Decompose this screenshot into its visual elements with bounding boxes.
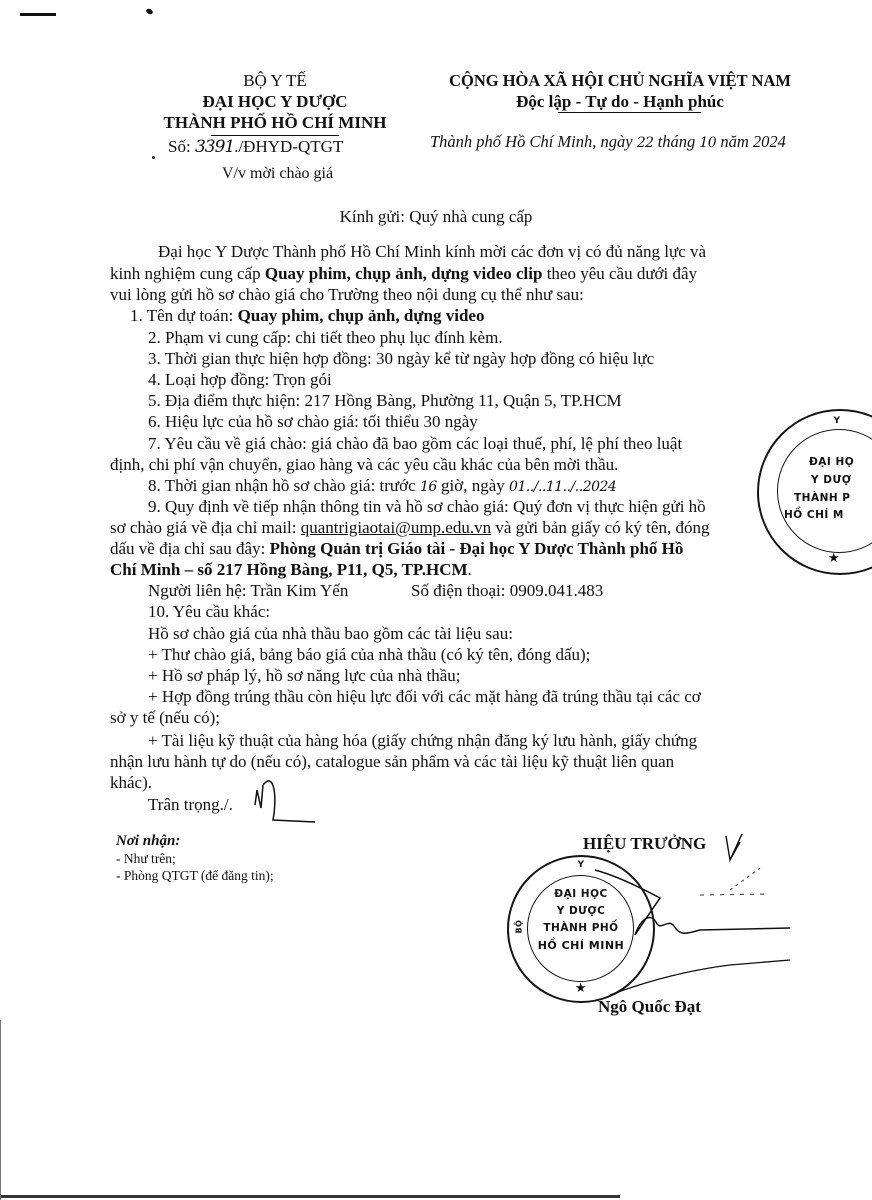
- subject-line: V/v mời chào giá: [222, 165, 333, 183]
- office-address: Phòng Quản trị Giáo tài - Đại học Y Dược…: [270, 539, 684, 558]
- handwritten-month: 10: [699, 135, 716, 151]
- item-7-line-1: 7. Yêu cầu về giá chào: giá chào đã bao …: [148, 434, 682, 454]
- country-name: CỘNG HÒA XÃ HỘI CHỦ NGHĨA VIỆT NAM: [420, 70, 820, 91]
- item-8: 8. Thời gian nhận hồ sơ chào giá: trước …: [148, 476, 616, 497]
- initial-signature: [245, 760, 325, 830]
- national-motto: Độc lập - Tự do - Hạnh phúc: [420, 91, 820, 112]
- side-seal-star: ★: [819, 551, 849, 566]
- side-seal: Y ★ ĐẠI HỌ Y DƯỢ THÀNH P HỒ CHÍ M: [757, 409, 872, 575]
- item-9-line-1: 9. Quy định về tiếp nhận thông tin và hồ…: [148, 497, 706, 517]
- ministry-name: BỘ Y TẾ: [130, 70, 420, 91]
- item-3: 3. Thời gian thực hiện hợp đồng: 30 ngày…: [148, 349, 654, 369]
- scan-mark-dot: [152, 156, 155, 159]
- item-9-line-3: dấu về địa chỉ sau đây: Phòng Quản trị G…: [110, 539, 683, 559]
- contact-phone: Số điện thoại: 0909.041.483: [411, 581, 603, 601]
- handwritten-deadline: 01../..11../..2024: [509, 479, 616, 495]
- header-underline: [211, 135, 339, 136]
- motto-underline: [558, 112, 701, 113]
- item-4: 4. Loại hợp đồng: Trọn gói: [148, 370, 332, 390]
- side-seal-line-4: HỒ CHÍ M: [784, 508, 872, 523]
- university-name-line2: THÀNH PHỐ HỒ CHÍ MINH: [130, 112, 420, 133]
- document-date: Thành phố Hồ Chí Minh, ngày 22 tháng 10 …: [430, 132, 786, 152]
- doc-item-4-line-1: + Tài liệu kỹ thuật của hàng hóa (giấy c…: [148, 731, 697, 751]
- principal-signature: [590, 860, 810, 1000]
- item-1: 1. Tên dự toán: Quay phim, chụp ảnh, dựn…: [130, 306, 484, 326]
- intro-line-1: Đại học Y Dược Thành phố Hồ Chí Minh kín…: [158, 242, 706, 262]
- recipients-block: Nơi nhận: - Như trên; - Phòng QTGT (để đ…: [116, 832, 274, 884]
- recipient-item: - Như trên;: [116, 850, 274, 867]
- service-name: Quay phim, chụp ảnh, dựng video clip: [265, 264, 543, 283]
- signer-name: Ngô Quốc Đạt: [598, 997, 701, 1017]
- item-6: 6. Hiệu lực của hồ sơ chào giá: tối thiể…: [148, 412, 478, 432]
- item-7-line-2: định, chi phí vận chuyển, giao hàng và c…: [110, 455, 618, 475]
- item-9-line-2: sơ chào giá về địa chỉ mail: quantrigiao…: [110, 518, 709, 538]
- handwritten-hour: 16: [420, 479, 437, 495]
- doc-item-3-line-2: sở y tế (nếu có);: [110, 708, 220, 728]
- scan-mark-left-edge: [0, 1020, 1, 1200]
- doc-item-4-line-3: khác).: [110, 773, 152, 793]
- issuer-header: BỘ Y TẾ ĐẠI HỌC Y DƯỢC THÀNH PHỐ HỒ CHÍ …: [130, 70, 420, 136]
- estimate-name: Quay phim, chụp ảnh, dựng video: [238, 306, 485, 325]
- item-5: 5. Địa điểm thực hiện: 217 Hồng Bàng, Ph…: [148, 391, 622, 411]
- side-seal-top-letter: Y: [822, 414, 852, 429]
- salutation: Kính gửi: Quý nhà cung cấp: [0, 207, 872, 227]
- university-name-line1: ĐẠI HỌC Y DƯỢC: [130, 91, 420, 112]
- closing: Trân trọng./.: [148, 795, 233, 815]
- email-link[interactable]: quantrigiaotai@ump.edu.vn: [301, 518, 491, 537]
- doc-item-2: + Hồ sơ pháp lý, hồ sơ năng lực của nhà …: [148, 666, 461, 686]
- side-seal-line-3: THÀNH P: [794, 491, 872, 506]
- side-seal-line-2: Y DƯỢ: [811, 473, 872, 488]
- item-10: 10. Yêu cầu khác:: [148, 602, 270, 622]
- office-address-cont: Chí Minh – số 217 Hồng Bàng, P11, Q5, TP…: [110, 560, 468, 579]
- contact-person: Người liên hệ: Trần Kim Yến: [148, 581, 348, 601]
- intro-line-3: vui lòng gửi hồ sơ chào giá cho Trường t…: [110, 285, 584, 305]
- document-number: Số: 3391./ĐHYD-QTGT: [168, 137, 343, 157]
- doc-item-3-line-1: + Hợp đồng trúng thầu còn hiệu lực đối v…: [148, 687, 701, 707]
- handwritten-day: 22: [637, 135, 654, 151]
- side-seal-line-1: ĐẠI HỌ: [809, 455, 872, 470]
- doc-item-1: + Thư chào giá, bảng báo giá của nhà thầ…: [148, 645, 590, 665]
- scan-mark-dot: [145, 8, 153, 15]
- item-2: 2. Phạm vi cung cấp: chi tiết theo phụ l…: [148, 328, 503, 348]
- national-header: CỘNG HÒA XÃ HỘI CHỦ NGHĨA VIỆT NAM Độc l…: [420, 70, 820, 112]
- handwritten-number: 3391: [195, 137, 234, 157]
- item-9-line-4: Chí Minh – số 217 Hồng Bàng, P11, Q5, TP…: [110, 560, 472, 580]
- recipient-item: - Phòng QTGT (để đăng tin);: [116, 867, 274, 884]
- docs-intro: Hồ sơ chào giá của nhà thầu bao gồm các …: [148, 624, 513, 644]
- scan-mark-bottom-edge: [0, 1195, 620, 1198]
- doc-item-4-line-2: nhận lưu hành tự do (nếu có), catalogue …: [110, 752, 674, 772]
- recipients-title: Nơi nhận:: [116, 832, 274, 850]
- scan-mark-dash: [20, 13, 56, 16]
- side-seal-clip: Y ★ ĐẠI HỌ Y DƯỢ THÀNH P HỒ CHÍ M: [752, 406, 872, 581]
- intro-line-2: kinh nghiệm cung cấp Quay phim, chụp ảnh…: [110, 264, 697, 284]
- signer-title: HIỆU TRƯỞNG: [583, 834, 706, 854]
